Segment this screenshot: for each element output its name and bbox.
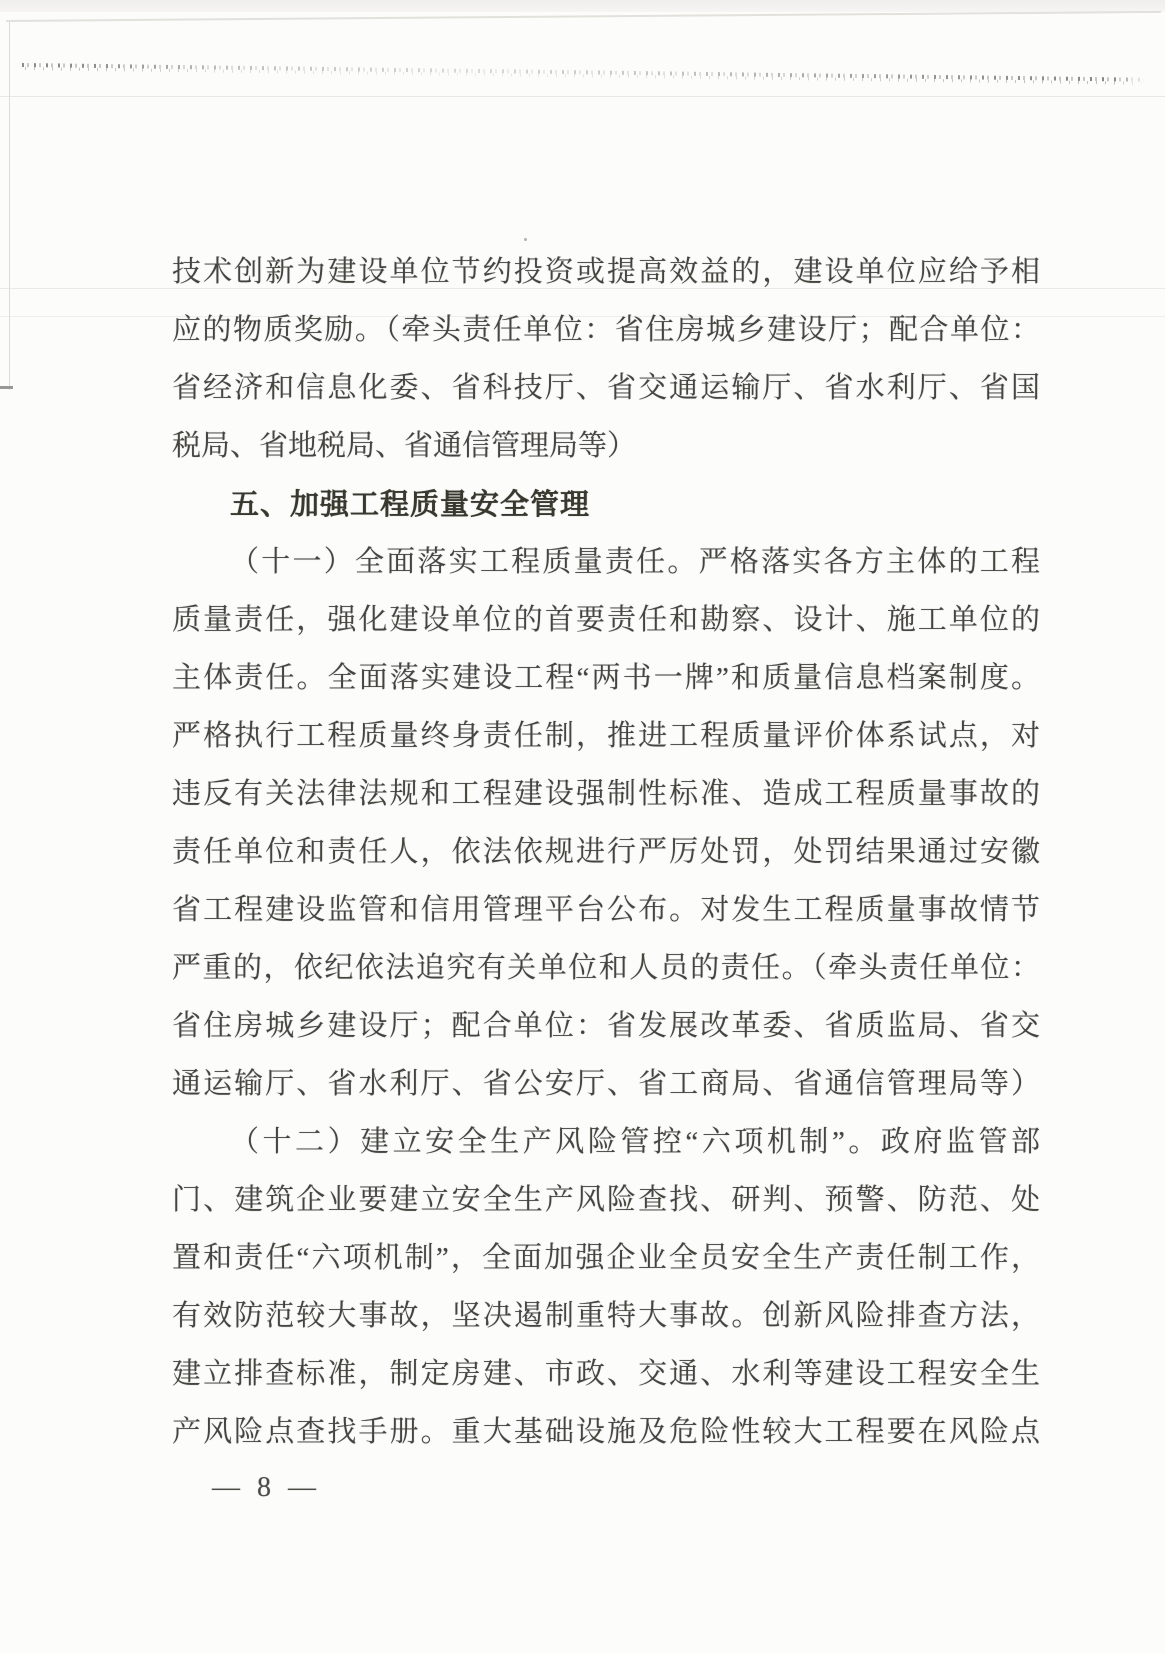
body-line: 门、建筑企业要建立安全生产风险查找、研判、预警、防范、处 (172, 1171, 1040, 1229)
body-line: （十一）全面落实工程质量责任。严格落实各方主体的工程 (172, 533, 1040, 591)
body-line: 省经济和信息化委、省科技厅、省交通运输厅、省水利厅、省国 (172, 359, 1040, 417)
scan-speck (524, 238, 527, 241)
body-line: 严格执行工程质量终身责任制，推进工程质量评价体系试点，对 (172, 707, 1040, 765)
body-line: 质量责任，强化建设单位的首要责任和勘察、设计、施工单位的 (172, 591, 1040, 649)
scan-faint-line (0, 96, 1165, 97)
body-line: 税局、省地税局、省通信管理局等） (172, 417, 1040, 475)
body-line: 产风险点查找手册。重大基础设施及危险性较大工程要在风险点 (172, 1403, 1040, 1461)
body-line: 技术创新为建设单位节约投资或提高效益的，建设单位应给予相 (172, 243, 1040, 301)
body-line: 省工程建设监管和信用管理平台公布。对发生工程质量事故情节 (172, 881, 1040, 939)
page-number: — 8 — (212, 1468, 321, 1508)
body-line: 严重的，依纪依法追究有关单位和人员的责任。（牵头责任单位： (172, 939, 1040, 997)
body-line: 有效防范较大事故，坚决遏制重特大事故。创新风险排查方法， (172, 1287, 1040, 1345)
body-line: 建立排查标准，制定房建、市政、交通、水利等建设工程安全生 (172, 1345, 1040, 1403)
scan-paper-edge-line (6, 11, 1161, 22)
body-line: 应的物质奖励。（牵头责任单位：省住房城乡建设厅；配合单位： (172, 301, 1040, 359)
body-line: 主体责任。全面落实建设工程“两书一牌”和质量信息档案制度。 (172, 649, 1040, 707)
body-line: 通运输厅、省水利厅、省公安厅、省工商局、省通信管理局等） (172, 1055, 1040, 1113)
scan-top-edge-strip (0, 0, 1165, 12)
body-line: 违反有关法律法规和工程建设强制性标准、造成工程质量事故的 (172, 765, 1040, 823)
document-body: 技术创新为建设单位节约投资或提高效益的，建设单位应给予相 应的物质奖励。（牵头责… (172, 243, 1040, 1461)
document-page: 技术创新为建设单位节约投资或提高效益的，建设单位应给予相 应的物质奖励。（牵头责… (0, 0, 1165, 1653)
scan-left-margin-line (9, 22, 10, 390)
scan-left-margin-dash (0, 386, 13, 389)
scan-noise-band (22, 58, 1147, 88)
section-heading: 五、加强工程质量安全管理 (172, 475, 1040, 533)
body-line: 责任单位和责任人，依法依规进行严厉处罚，处罚结果通过安徽 (172, 823, 1040, 881)
body-line: 省住房城乡建设厅；配合单位：省发展改革委、省质监局、省交 (172, 997, 1040, 1055)
body-line: 置和责任“六项机制”，全面加强企业全员安全生产责任制工作， (172, 1229, 1040, 1287)
body-line: （十二）建立安全生产风险管控“六项机制”。政府监管部 (172, 1113, 1040, 1171)
